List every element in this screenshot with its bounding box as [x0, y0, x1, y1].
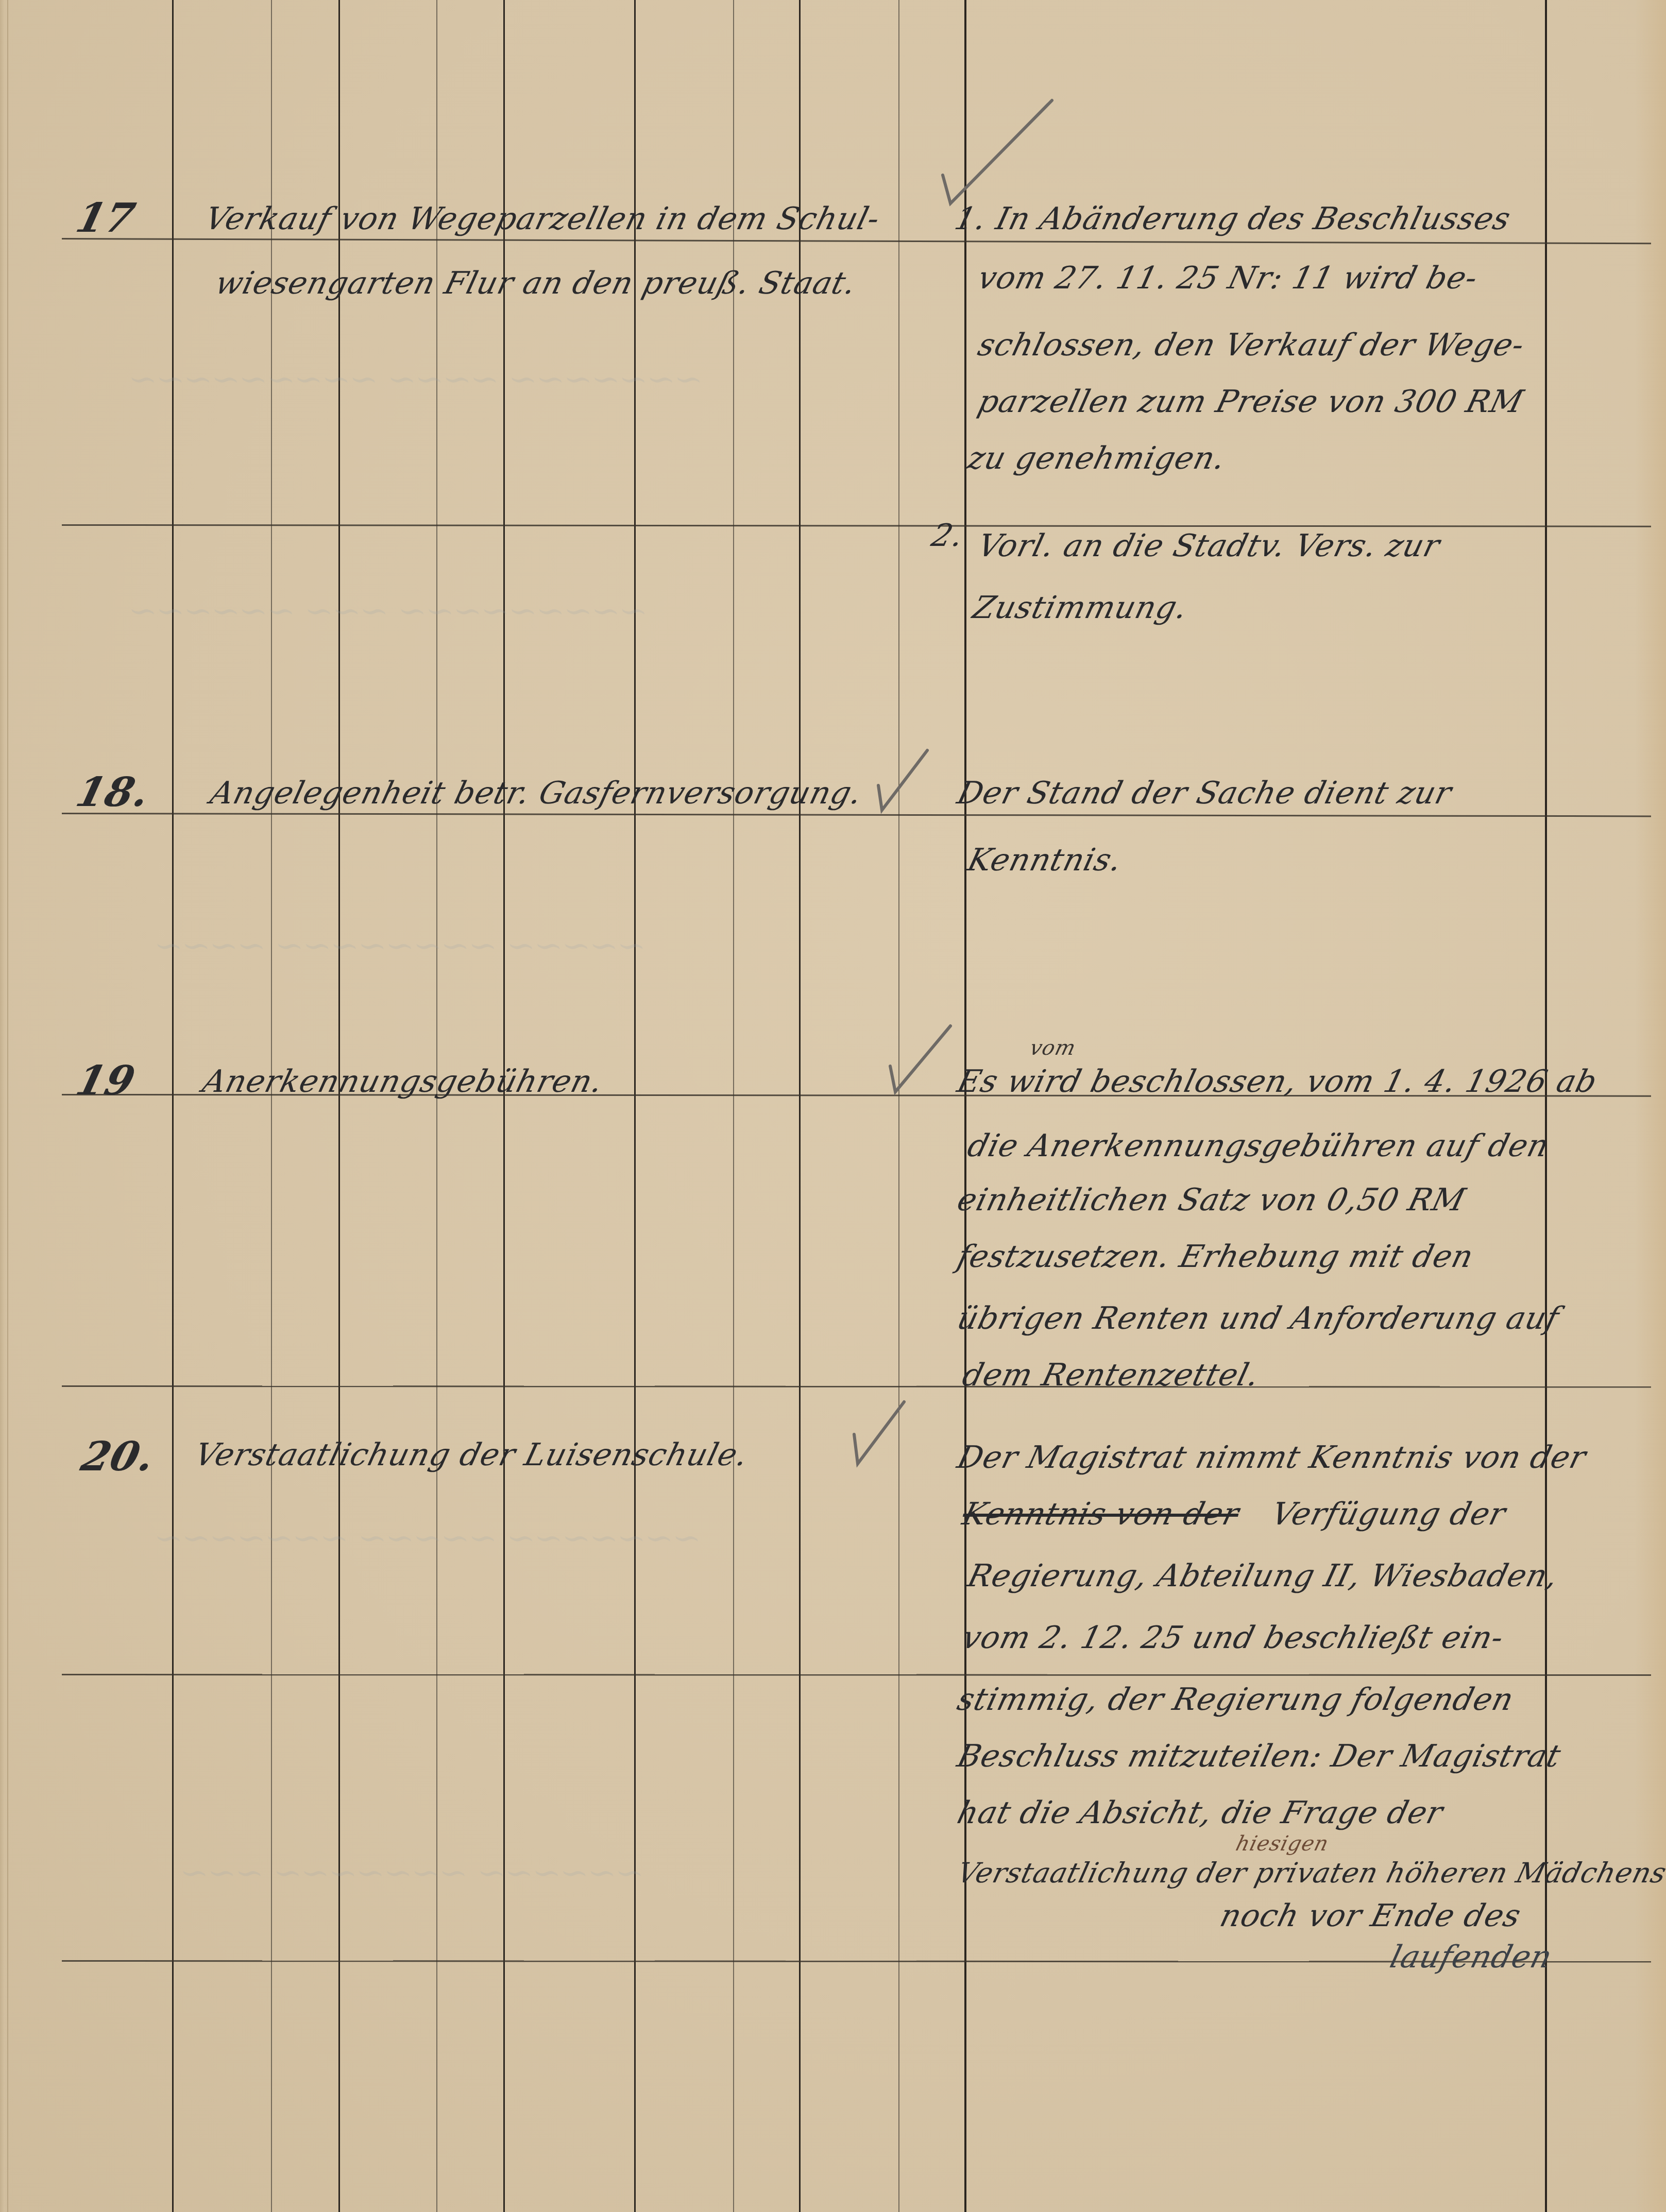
- resolution-line: Beschluss mitzuteilen: Der Magistrat: [955, 1741, 1565, 1772]
- resolution-line: hat die Absicht, die Frage der: [955, 1797, 1447, 1828]
- resolution-line: zu genehmigen.: [965, 443, 1229, 474]
- inserted-word: vom: [1028, 1038, 1078, 1058]
- row-rule: [62, 1674, 1651, 1676]
- resolution-line: übrigen Renten und Anforderung auf: [955, 1303, 1562, 1334]
- entry-subject-line: Angelegenheit betr. Gasfernversorgung.: [208, 778, 865, 809]
- resolution-line: Kenntnis.: [965, 845, 1126, 876]
- entry-subject-line: Anerkennungsgebühren.: [200, 1066, 606, 1097]
- resolution-line: einheitlichen Satz von 0,50 RM: [955, 1185, 1469, 1215]
- resolution-line: laufenden: [1387, 1942, 1555, 1973]
- resolution-line: vom 2. 12. 25 und beschließt ein-: [960, 1622, 1507, 1653]
- check-mark-icon: [876, 749, 938, 818]
- resolution-line: dem Rentenzettel.: [960, 1360, 1263, 1391]
- entry-subject-line: Verkauf von Wegeparzellen in dem Schul-: [202, 203, 883, 234]
- column-rule: [338, 0, 340, 2212]
- check-mark-icon: [886, 1025, 958, 1099]
- entry-number: 19: [72, 1061, 139, 1101]
- column-rule-light: [898, 0, 899, 2212]
- column-rule-light: [271, 0, 272, 2212]
- resolution-line: Der Magistrat nimmt Kenntnis von der: [955, 1442, 1590, 1473]
- column-rule: [634, 0, 636, 2212]
- column-rule-light: [733, 0, 734, 2212]
- resolution-line: Verstaatlichung der privaten höheren Mäd…: [955, 1859, 1666, 1887]
- check-mark-icon: [938, 98, 1056, 213]
- resolution-line-with-strikethrough: Kenntnis von der: [960, 1499, 1243, 1530]
- page-binding-edge: [0, 0, 8, 2212]
- column-rule: [503, 0, 505, 2212]
- entry-subject-line: wiesengarten Flur an den preuß. Staat.: [213, 268, 860, 299]
- struck-text: Kenntnis von der: [959, 1496, 1243, 1532]
- row-rule: [62, 813, 1651, 817]
- column-rule: [172, 0, 174, 2212]
- row-rule: [62, 238, 1651, 244]
- resolution-line: In Abänderung des Beschlusses: [993, 203, 1514, 234]
- show-through-writing: ~~~~~~~~~ ~~~ ~~~~~~: [122, 592, 654, 630]
- resolution-line: stimmig, der Regierung folgenden: [955, 1684, 1517, 1715]
- column-rule: [799, 0, 801, 2212]
- row-rule: [62, 524, 1651, 527]
- resolution-line: die Anerkennungsgebühren auf den: [965, 1130, 1553, 1161]
- show-through-writing: ~~~~~~~ ~~~~ ~~~~~~~~~: [122, 361, 709, 399]
- resolution-line: schlossen, den Verkauf der Wege-: [975, 330, 1528, 361]
- resolution-line: Vorl. an die Stadtv. Vers. zur: [975, 530, 1443, 561]
- resolution-line: vom 27. 11. 25 Nr: 11 wird be-: [975, 263, 1481, 294]
- row-rule: [62, 1385, 1651, 1388]
- column-rule-light: [436, 0, 437, 2212]
- resolution-line: parzellen zum Preise von 300 RM: [975, 386, 1527, 417]
- inserted-word: hiesigen: [1234, 1833, 1331, 1854]
- resolution-line: festzusetzen. Erhebung mit den: [955, 1241, 1477, 1272]
- resolution-line: Regierung, Abteilung II, Wiesbaden,: [965, 1561, 1561, 1591]
- resolution-line: Zustimmung.: [970, 592, 1191, 623]
- entry-number: 17: [72, 198, 139, 238]
- ledger-page: ~~~~~~~ ~~~~ ~~~~~~~~~ ~~~~~~~~~ ~~~ ~~~…: [0, 0, 1666, 2212]
- show-through-writing: ~~~~~~~ ~~~~~ ~~~~~~~: [148, 1519, 707, 1557]
- entry-subject-line: Verstaatlichung der Luisenschule.: [192, 1439, 752, 1470]
- resolution-line: Der Stand der Sache dient zur: [955, 778, 1455, 809]
- resolution-line: Verfügung der: [1269, 1499, 1509, 1530]
- entry-number: 20.: [77, 1437, 159, 1477]
- show-through-writing: ~~~~~~ ~~~~~~~ ~~~: [174, 1854, 651, 1892]
- check-mark-icon: [850, 1401, 912, 1470]
- resolution-line: noch vor Ende des: [1217, 1900, 1524, 1931]
- entry-number: 18.: [72, 773, 154, 813]
- resolution-label: 1.: [952, 203, 990, 234]
- show-through-writing: ~~~~~ ~~~~~~~~ ~~~~: [148, 927, 652, 965]
- resolution-line: Es wird beschlossen, vom 1. 4. 1926 ab: [955, 1066, 1601, 1097]
